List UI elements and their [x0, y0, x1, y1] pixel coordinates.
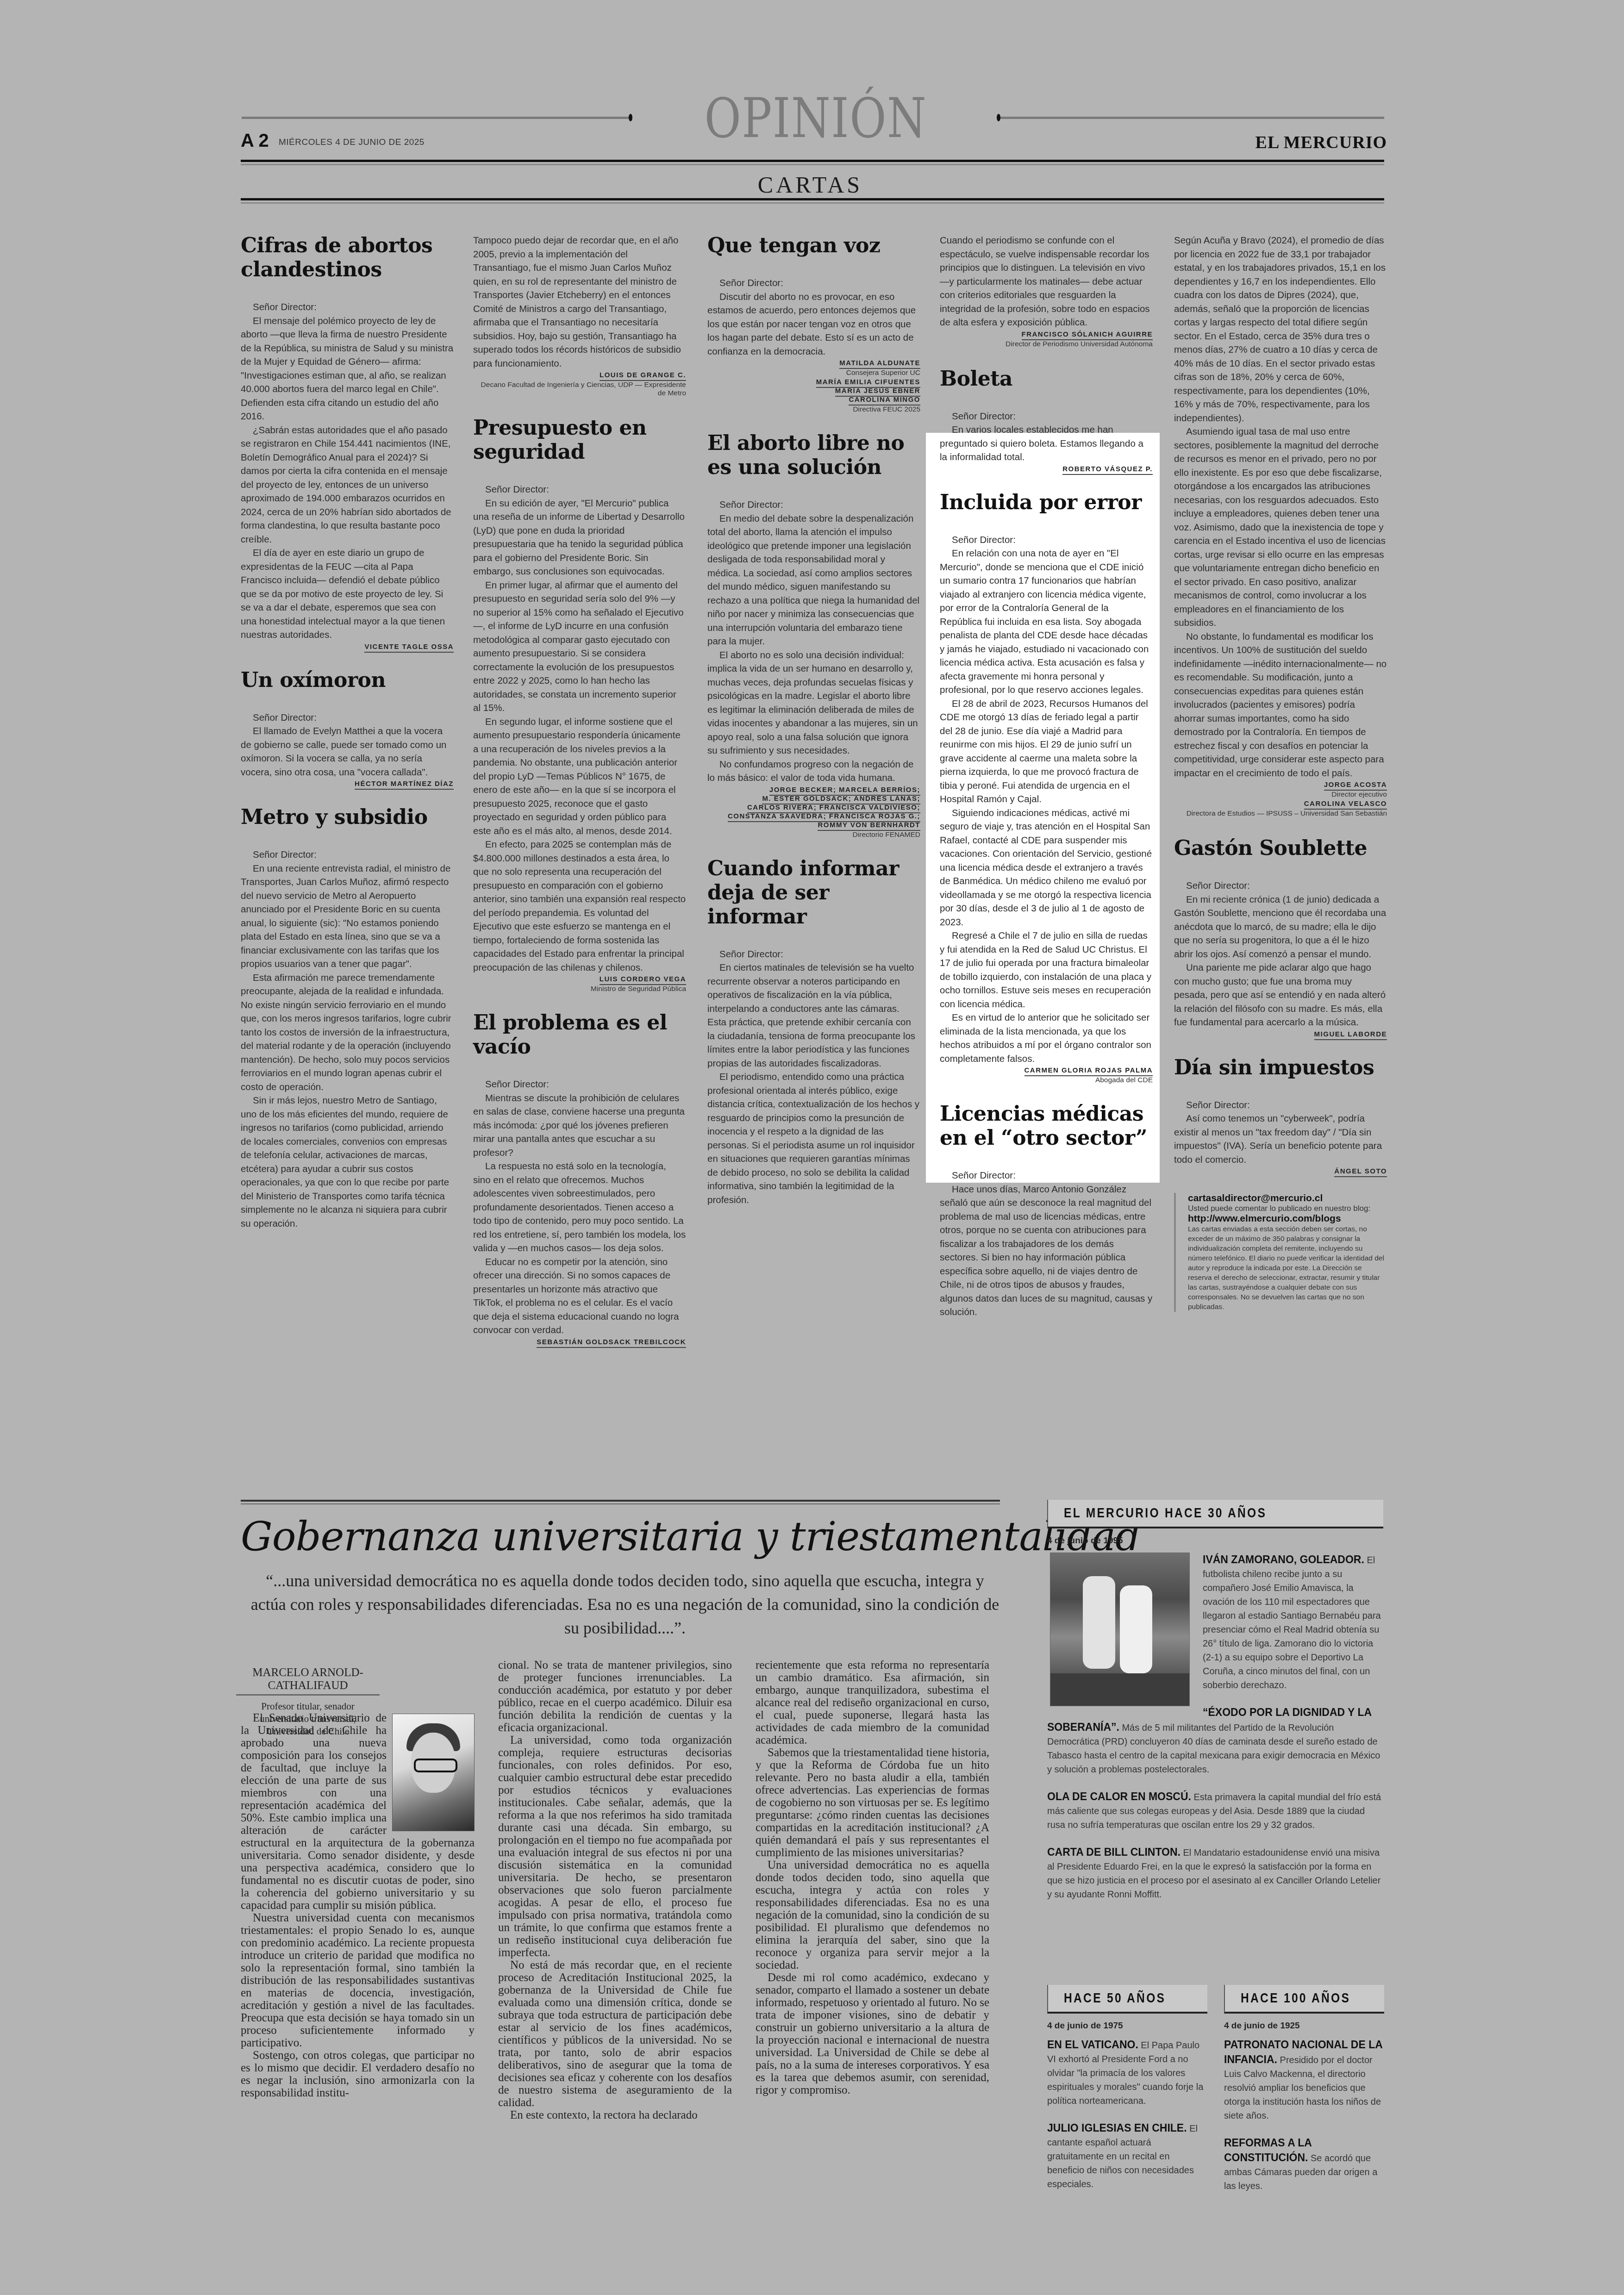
letter-paragraph: En efecto, para 2025 se contemplan más d…	[473, 838, 686, 974]
history-item: JULIO IGLESIAS EN CHILE. El cantante esp…	[1047, 2121, 1207, 2191]
history-items: PATRONATO NACIONAL DE LA INFANCIA. Presi…	[1224, 2038, 1384, 2193]
letter-paragraph: No confundamos progreso con la negación …	[707, 758, 920, 785]
letter-signature: MIGUEL LABORDE	[1174, 1030, 1387, 1038]
signature-role: Directora de Estudios — IPSUSS – Univers…	[1174, 810, 1387, 818]
column-paragraph: En este contexto, la rectora ha declarad…	[498, 2109, 732, 2121]
column-paragraph: Nuestra universidad cuenta con mecanismo…	[241, 1912, 475, 2049]
letter-paragraph: Educar no es competir por la atención, s…	[473, 1255, 686, 1337]
letter-11: Gastón SoubletteSeñor Director:En mi rec…	[1174, 836, 1387, 1038]
letter-paragraph: En ciertos matinales de televisión se ha…	[707, 961, 920, 1070]
author-photo	[392, 1714, 475, 1831]
signature-name: HÉCTOR MARTÍNEZ DÍAZ	[355, 780, 454, 790]
letter-signature: LUIS CORDERO VEGA	[473, 975, 686, 983]
letters-column-1: Cifras de abortos clandestinosSeñor Dire…	[241, 234, 454, 1248]
signature-name: ROBERTO VÁSQUEZ P.	[1062, 465, 1153, 475]
column-body-3: recientemente que esta reforma no repres…	[756, 1659, 989, 2096]
signature-name: CAROLINA MINGO	[849, 396, 920, 405]
letter-headline: Cuando informar deja de ser informar	[707, 857, 920, 929]
letter-12: Día sin impuestosSeñor Director:Así como…	[1174, 1056, 1387, 1176]
history-100-years: HACE 100 AÑOS 4 de junio de 1925 PATRONA…	[1224, 1985, 1384, 2206]
letter-salutation: Señor Director:	[241, 300, 454, 314]
letter-paragraph: En medio del debate sobre la despenaliza…	[707, 512, 920, 649]
signature-name: MARÍA EMILIA CIFUENTES	[816, 378, 920, 388]
column-paragraph: recientemente que esta reforma no repres…	[756, 1659, 989, 1746]
signature-role: Ministro de Seguridad Pública	[473, 985, 686, 993]
letter-signature: JORGE BECKER; MARCELA BERRÍOS;	[707, 786, 920, 794]
masthead-ornament-left	[629, 114, 632, 121]
letter-headline: El aborto libre no es una solución	[707, 431, 920, 480]
history-item-text: El futbolista chileno recibe junto a su …	[1203, 1555, 1381, 1690]
letter-salutation: Señor Director:	[707, 276, 920, 290]
letter-salutation: Señor Director:	[1174, 879, 1387, 893]
letter-paragraph: El periodismo, entendido como una prácti…	[707, 1070, 920, 1207]
letter-signature: ROMMY VON BERNHARDT	[707, 821, 920, 829]
column-paragraph: No está de más recordar que, en el recie…	[498, 1959, 732, 2109]
letter-signature: MATILDA ALDUNATE	[707, 359, 920, 367]
letter-paragraph: Cuando el periodismo se confunde con el …	[940, 234, 1153, 330]
pull-quote: “...una universidad democrática no es aq…	[250, 1569, 1000, 1640]
letter-paragraph: Esta afirmación me parece tremendamente …	[241, 971, 454, 1094]
signature-name: MATILDA ALDUNATE	[839, 359, 920, 369]
contact-blog-url: http://www.elmercurio.com/blogs	[1188, 1213, 1387, 1224]
letter-paragraph: Así como tenemos un "cyberweek", podría …	[1174, 1112, 1387, 1166]
letter-2: Metro y subsidioSeñor Director:En una re…	[241, 805, 454, 1230]
letter-headline: Metro y subsidio	[241, 805, 454, 829]
letter-salutation: Señor Director:	[940, 410, 1153, 424]
letter-signature: CONSTANZA SAAVEDRA; FRANCISCA ROJAS G.;	[707, 812, 920, 820]
letter-signature: FRANCISCO SÓLANICH AGUIRRE	[940, 331, 1153, 338]
letter-salutation: Señor Director:	[940, 533, 1153, 547]
letter-salutation: Señor Director:	[940, 1169, 1153, 1183]
letter-9: Incluida por errorSeñor Director:En rela…	[940, 491, 1153, 1085]
signature-role: Directiva FEUC 2025	[707, 405, 920, 414]
column-paragraph: Desde mi rol como académico, exdecano y …	[756, 1971, 989, 2096]
letter-paragraph: Según Acuña y Bravo (2024), el promedio …	[1174, 234, 1387, 425]
letter-signature: JORGE ACOSTA	[1174, 781, 1387, 789]
signature-name: FRANCISCO SÓLANICH AGUIRRE	[1022, 331, 1153, 340]
history-item-title: JULIO IGLESIAS EN CHILE.	[1047, 2122, 1187, 2134]
letter-paragraph: El llamado de Evelyn Matthei a que la vo…	[241, 724, 454, 779]
section-heading: OPINIÓN	[704, 91, 879, 145]
signature-role: Decano Facultad de Ingeniería y Ciencias…	[473, 381, 686, 398]
history-item-title: OLA DE CALOR EN MOSCÚ.	[1047, 1790, 1191, 1802]
history-50-years: HACE 50 AÑOS 4 de junio de 1975 EN EL VA…	[1047, 1985, 1207, 2204]
history-heading: HACE 50 AÑOS	[1047, 1985, 1207, 2014]
letter-salutation: Señor Director:	[241, 711, 454, 725]
letter-paragraph: Discutir del aborto no es provocar, en e…	[707, 290, 920, 359]
letter-paragraph: En segundo lugar, el informe sostiene qu…	[473, 715, 686, 838]
letter-paragraph: Mientras se discute la prohibición de ce…	[473, 1091, 686, 1160]
history-item: REFORMAS A LA CONSTITUCIÓN. Se acordó qu…	[1224, 2136, 1384, 2193]
letter-paragraph: Una pariente me pide aclarar algo que ha…	[1174, 961, 1387, 1029]
signature-role: Abogada del CDE	[940, 1076, 1153, 1085]
letter-headline: Licencias médicas en el “otro sector”	[940, 1102, 1153, 1150]
letter-6: El aborto libre no es una soluciónSeñor …	[707, 431, 920, 839]
letter-signature: MARÍA EMILIA CIFUENTES	[707, 378, 920, 386]
contact-disclaimer: Las cartas enviadas a esta sección deben…	[1188, 1224, 1387, 1312]
signature-name: JORGE ACOSTA	[1324, 781, 1387, 791]
subsection-title: CARTAS	[718, 171, 903, 198]
signature-name: MARÍA JESÚS EBNER	[835, 387, 920, 397]
letter-headline: Un oxímoron	[241, 668, 454, 692]
history-item-title: IVÁN ZAMORANO, GOLEADOR.	[1203, 1553, 1364, 1565]
letter-3: Presupuesto en seguridadSeñor Director:E…	[473, 416, 686, 993]
history-date: 4 de junio de 1995	[1047, 1536, 1383, 1546]
letter-signature: HÉCTOR MARTÍNEZ DÍAZ	[241, 780, 454, 788]
contact-email: cartasaldirector@mercurio.cl	[1188, 1193, 1387, 1204]
letter-paragraph: La respuesta no está solo en la tecnolog…	[473, 1160, 686, 1255]
letter-headline: Cifras de abortos clandestinos	[241, 234, 454, 282]
masthead-rule-right	[1000, 117, 1384, 119]
letter-paragraph: Asumiendo igual tasa de mal uso entre se…	[1174, 425, 1387, 630]
zamorano-photo	[1050, 1553, 1190, 1706]
letter-8: BoletaSeñor Director:En varios locales e…	[940, 367, 1153, 473]
history-date: 4 de junio de 1975	[1047, 2021, 1207, 2031]
signature-name: CARMEN GLORIA ROJAS PALMA	[1024, 1066, 1153, 1076]
signature-name: CAROLINA VELASCO	[1304, 800, 1387, 810]
column-paragraphs: cional. No se trata de mantener privileg…	[498, 1659, 732, 2121]
letter-signature: CARLOS RIVERA; FRANCISCA VALDIVIESO;	[707, 804, 920, 811]
letter-signature: M. ESTER GOLDSACK; ANDRÉS LANAS;	[707, 795, 920, 803]
letter-signature: ÁNGEL SOTO	[1174, 1167, 1387, 1175]
subsection-divider	[241, 198, 1384, 200]
letter-headline: Que tengan voz	[707, 234, 920, 258]
letter-headline: Boleta	[940, 367, 1153, 391]
letter-signature: CAROLINA VELASCO	[1174, 800, 1387, 808]
letters-column-3: Que tengan vozSeñor Director:Discutir de…	[707, 234, 920, 1224]
letter-signature: SEBASTIÁN GOLDSACK TREBILCOCK	[473, 1338, 686, 1346]
signature-name: VICENTE TAGLE OSSA	[364, 643, 454, 653]
column-title: Gobernanza universitaria y triestamental…	[241, 1514, 1000, 1560]
letter-salutation: Señor Director:	[707, 948, 920, 961]
signature-name: LUIS CORDERO VEGA	[600, 975, 686, 985]
letter-salutation: Señor Director:	[473, 1078, 686, 1091]
subsection-divider-thin	[241, 202, 1384, 204]
history-item: CARTA DE BILL CLINTON. El Mandatario est…	[1047, 1845, 1383, 1902]
letters-column-5: Según Acuña y Bravo (2024), el promedio …	[1174, 234, 1387, 1312]
letter-salutation: Señor Director:	[241, 848, 454, 862]
history-item-title: REFORMAS A LA CONSTITUCIÓN.	[1224, 2137, 1312, 2164]
signature-name: SEBASTIÁN GOLDSACK TREBILCOCK	[537, 1338, 686, 1348]
signature-name: ROMMY VON BERNHARDT	[818, 821, 920, 831]
letter-paragraph: Hace unos días, Marco Antonio González s…	[940, 1183, 1153, 1319]
letter-paragraph: El 28 de abril de 2023, Recursos Humanos…	[940, 697, 1153, 806]
page-date: MIÉRCOLES 4 DE JUNIO DE 2025	[279, 137, 425, 148]
column-paragraph: cional. No se trata de mantener privileg…	[498, 1659, 732, 1734]
masthead-rule-left	[242, 117, 630, 119]
page-number: A 2	[241, 131, 269, 151]
letter-10: Licencias médicas en el “otro sector”Señ…	[940, 1102, 1153, 1319]
letter-signature: MARÍA JESÚS EBNER	[707, 387, 920, 395]
letter-paragraph: En varios locales establecidos me han pr…	[940, 423, 1153, 464]
letters-contact-box: cartasaldirector@mercurio.clUsted puede …	[1174, 1193, 1387, 1312]
letter-paragraph: Tampoco puedo dejar de recordar que, en …	[473, 234, 686, 370]
signature-name: MIGUEL LABORDE	[1314, 1030, 1387, 1040]
letter-salutation: Señor Director:	[707, 498, 920, 512]
column-paragraph: Sostengo, con otros colegas, que partici…	[241, 2049, 475, 2099]
letter-paragraph: En una reciente entrevista radial, el mi…	[241, 862, 454, 971]
column-body-1: El Senado Universitario de la Universida…	[241, 1712, 475, 2099]
author-name: MARCELO ARNOLD-CATHALIFAUD	[236, 1666, 380, 1696]
letter-paragraph: El mensaje del polémico proyecto de ley …	[241, 314, 454, 424]
history-item: “ÉXODO POR LA DIGNIDAD Y LA SOBERANÍA”. …	[1047, 1705, 1383, 1777]
letter-signature: CARMEN GLORIA ROJAS PALMA	[940, 1066, 1153, 1074]
letter-headline: Incluida por error	[940, 491, 1153, 515]
history-heading: HACE 100 AÑOS	[1224, 1985, 1384, 2014]
newspaper-brand: EL MERCURIO	[1255, 132, 1387, 153]
column-paragraph: La universidad, como toda organización c…	[498, 1734, 732, 1959]
letter-0: Cifras de abortos clandestinosSeñor Dire…	[241, 234, 454, 651]
column-body-2: cional. No se trata de mantener privileg…	[498, 1659, 732, 2121]
letter-salutation: Señor Director:	[1174, 1098, 1387, 1112]
signature-name: CARLOS RIVERA; FRANCISCA VALDIVIESO;	[747, 804, 920, 813]
letter-paragraph: ¿Sabrán estas autoridades que el año pas…	[241, 424, 454, 547]
history-item: PATRONATO NACIONAL DE LA INFANCIA. Presi…	[1224, 2038, 1384, 2123]
history-date: 4 de junio de 1925	[1224, 2021, 1384, 2031]
letter-headline: Gastón Soublette	[1174, 836, 1387, 861]
letter-headline: Día sin impuestos	[1174, 1056, 1387, 1080]
signature-name: CONSTANZA SAAVEDRA; FRANCISCA ROJAS G.;	[728, 812, 920, 822]
letter-7: Cuando informar deja de ser informarSeño…	[707, 857, 920, 1207]
signature-name: LOUIS DE GRANGE C.	[600, 371, 686, 381]
history-item-title: EN EL VATICANO.	[1047, 2039, 1138, 2051]
history-item: EN EL VATICANO. El Papa Paulo VI exhortó…	[1047, 2038, 1207, 2108]
letter-paragraph: Es en virtud de lo anterior que he solic…	[940, 1011, 1153, 1066]
letter-paragraph: Sin ir más lejos, nuestro Metro de Santi…	[241, 1094, 454, 1230]
letters-column-2: Tampoco puedo dejar de recordar que, en …	[473, 234, 686, 1364]
column-paragraph: Una universidad democrática no es aquell…	[756, 1859, 989, 1971]
column-paragraphs: recientemente que esta reforma no repres…	[756, 1659, 989, 2096]
column-top-rule-2	[241, 1503, 1000, 1504]
letter-signature: CAROLINA MINGO	[707, 396, 920, 404]
letter-paragraph: El día de ayer en este diario un grupo d…	[241, 546, 454, 642]
letter-4: El problema es el vacíoSeñor Director:Mi…	[473, 1011, 686, 1346]
signature-role: Directorio FENAMED	[707, 831, 920, 839]
signature-name: M. ESTER GOLDSACK; ANDRÉS LANAS;	[762, 795, 920, 804]
history-item: OLA DE CALOR EN MOSCÚ. Esta primavera la…	[1047, 1790, 1383, 1832]
signature-role: Director ejecutivo	[1174, 791, 1387, 799]
signature-role: Director de Periodismo Universidad Autón…	[940, 340, 1153, 349]
letter-paragraph: Regresé a Chile el 7 de julio en silla d…	[940, 929, 1153, 1011]
history-heading: EL MERCURIO HACE 30 AÑOS	[1047, 1500, 1383, 1528]
signature-name: ÁNGEL SOTO	[1334, 1167, 1387, 1177]
letter-paragraph: En primer lugar, al afirmar que el aumen…	[473, 579, 686, 715]
letter-signature: ROBERTO VÁSQUEZ P.	[940, 465, 1153, 473]
masthead-ornament-right	[997, 114, 1000, 121]
column-top-rule	[241, 1500, 1000, 1502]
history-items: EN EL VATICANO. El Papa Paulo VI exhortó…	[1047, 2038, 1207, 2191]
history-item-title: CARTA DE BILL CLINTON.	[1047, 1846, 1181, 1858]
column-paragraph: Sabemos que la triestamentalidad tiene h…	[756, 1746, 989, 1859]
letter-salutation: Señor Director:	[473, 483, 686, 497]
masthead-divider-thin	[241, 164, 1384, 165]
letter-headline: Presupuesto en seguridad	[473, 416, 686, 464]
masthead-divider	[241, 160, 1384, 162]
contact-blog-text: Usted puede comentar lo publicado en nue…	[1188, 1204, 1387, 1213]
letter-paragraph: En su edición de ayer, "El Mercurio" pub…	[473, 497, 686, 579]
letter-paragraph: Siguiendo indicaciones médicas, activé m…	[940, 806, 1153, 929]
letter-headline: El problema es el vacío	[473, 1011, 686, 1059]
letter-1: Un oxímoronSeñor Director:El llamado de …	[241, 668, 454, 788]
history-30-years: EL MERCURIO HACE 30 AÑOS 4 de junio de 1…	[1047, 1500, 1383, 1915]
signature-role: Consejera Superior UC	[707, 369, 920, 377]
letter-signature: LOUIS DE GRANGE C.	[473, 371, 686, 379]
signature-name: JORGE BECKER; MARCELA BERRÍOS;	[769, 786, 920, 796]
letter-signature: VICENTE TAGLE OSSA	[241, 643, 454, 651]
letter-paragraph: En relación con una nota de ayer en "El …	[940, 547, 1153, 697]
letter-5: Que tengan vozSeñor Director:Discutir de…	[707, 234, 920, 414]
letter-paragraph: No obstante, lo fundamental es modificar…	[1174, 630, 1387, 780]
letters-column-4: Cuando el periodismo se confunde con el …	[940, 234, 1153, 1337]
letter-paragraph: El aborto no es solo una decisión indivi…	[707, 649, 920, 758]
letter-paragraph: En mi reciente crónica (1 de junio) dedi…	[1174, 893, 1387, 961]
